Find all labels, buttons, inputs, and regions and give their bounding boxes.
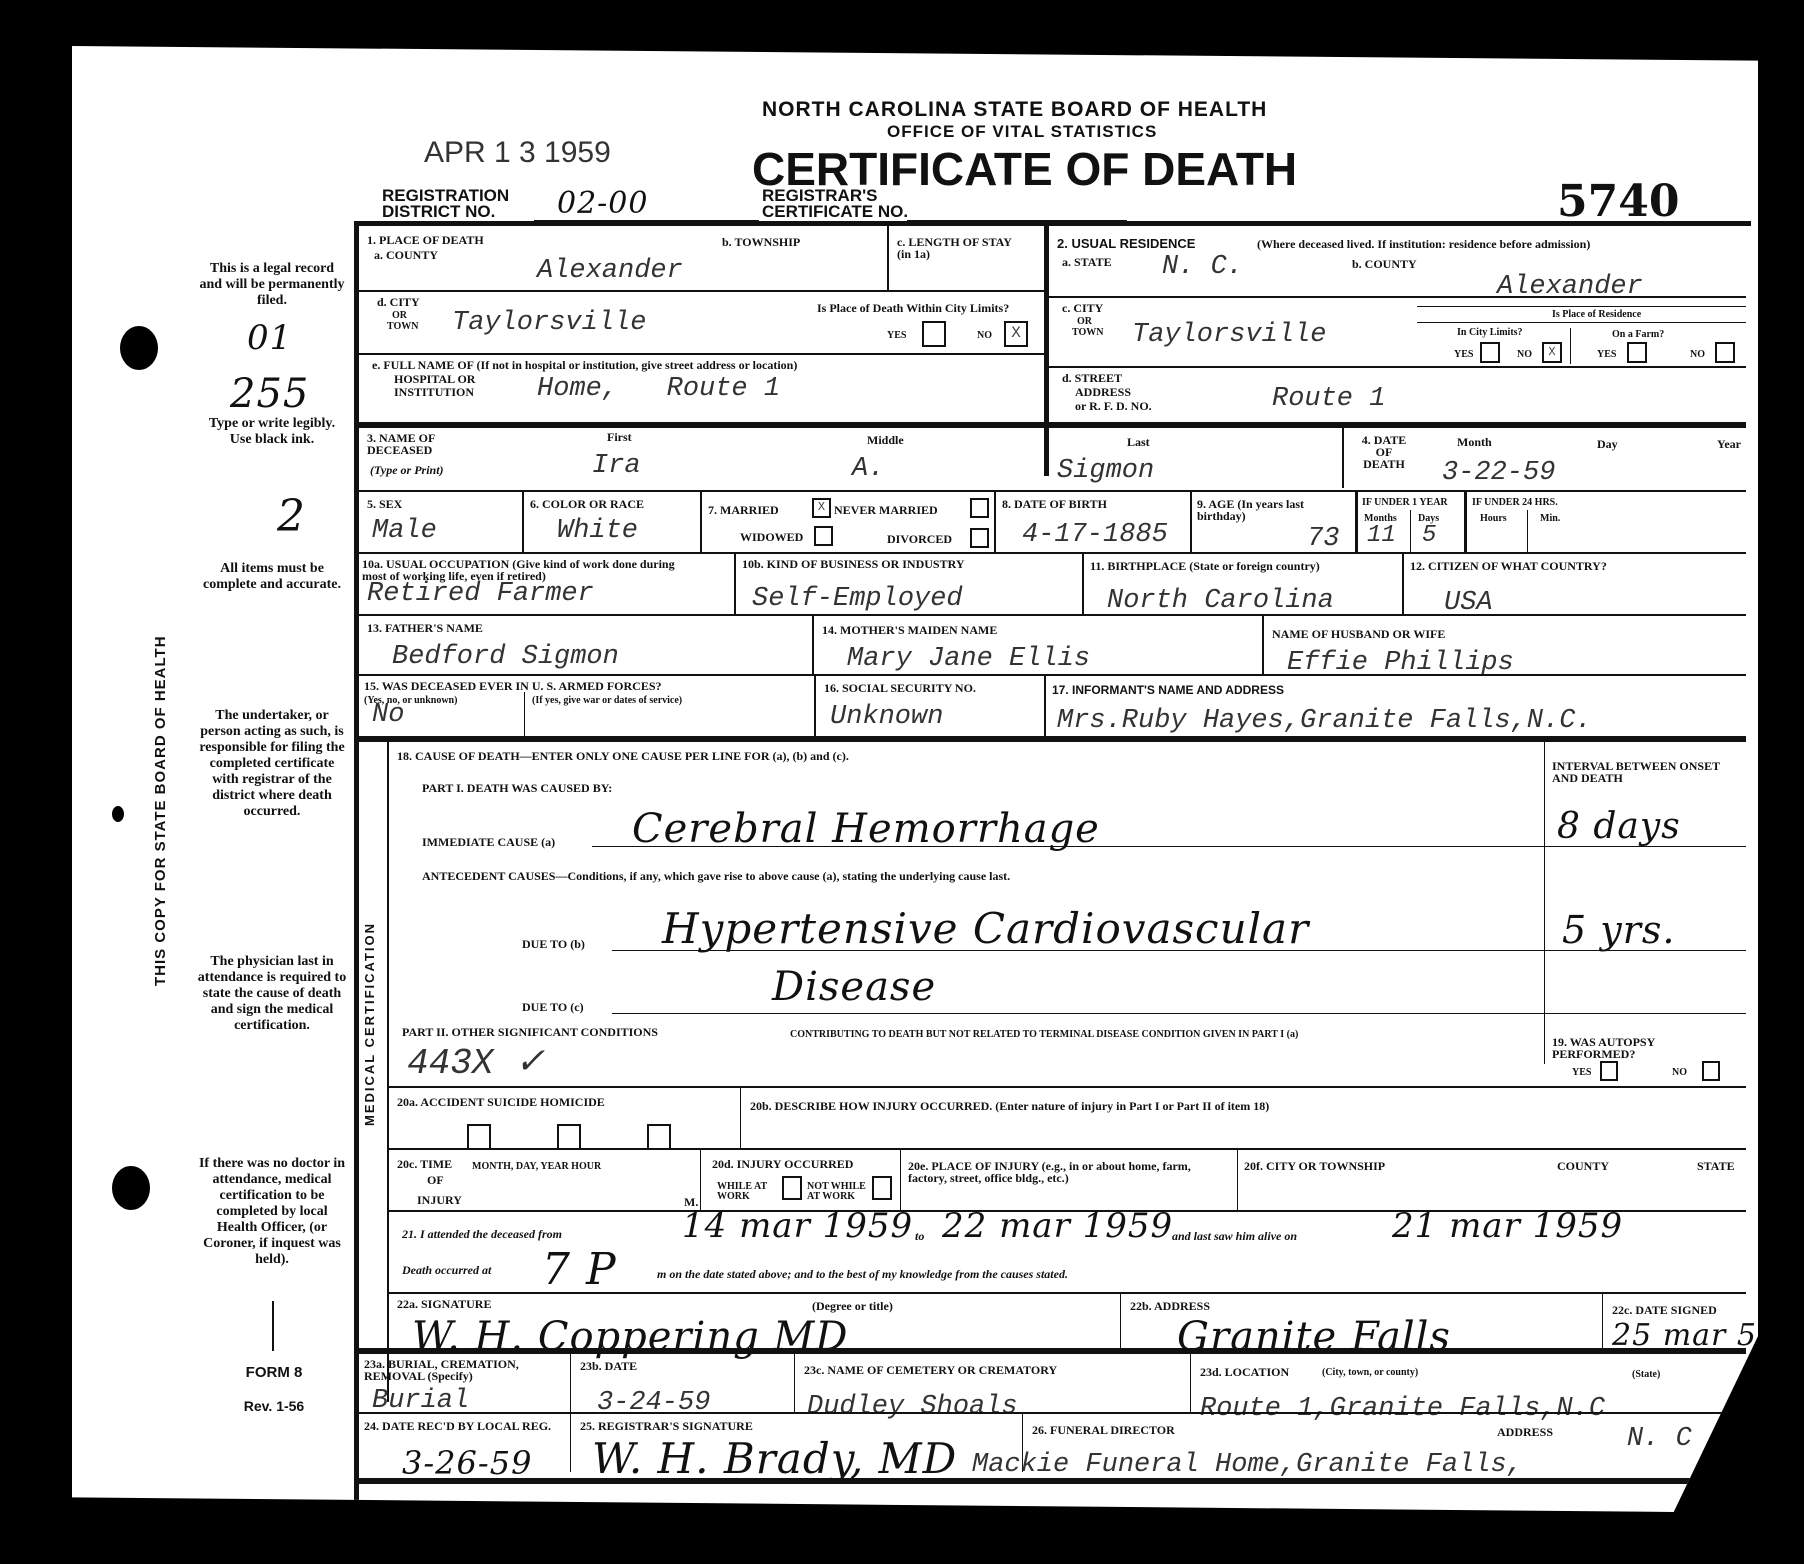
residence-note: (Where deceased lived. If institution: r… bbox=[1257, 238, 1590, 250]
institution-label-2: HOSPITAL OR bbox=[394, 373, 475, 385]
birthplace-value: North Carolina bbox=[1107, 586, 1334, 616]
divider bbox=[522, 492, 524, 552]
row-divider bbox=[359, 552, 1746, 554]
divider bbox=[994, 492, 996, 552]
middle-name-value: A. bbox=[852, 454, 884, 484]
day-label: Day bbox=[1597, 438, 1618, 450]
divider bbox=[1544, 742, 1545, 1064]
death-occurred-suffix: m on the date stated above; and to the b… bbox=[657, 1268, 1068, 1280]
office-name: OFFICE OF VITAL STATISTICS bbox=[887, 122, 1157, 142]
injury-time-cols: MONTH, DAY, YEAR HOUR bbox=[472, 1162, 601, 1172]
age-label: 9. AGE (In years last birthday) bbox=[1197, 498, 1347, 522]
funeral-state-value: N. C bbox=[1627, 1424, 1692, 1454]
divider bbox=[1044, 226, 1049, 476]
suicide-checkbox[interactable] bbox=[557, 1124, 581, 1150]
armed-forces-label: 15. WAS DECEASED EVER IN U. S. ARMED FOR… bbox=[364, 680, 662, 692]
physician-address-label: 22b. ADDRESS bbox=[1130, 1300, 1210, 1312]
ssn-value: Unknown bbox=[830, 702, 943, 732]
within-city-yes-checkbox[interactable] bbox=[922, 321, 946, 347]
margin-arrow-mark bbox=[272, 1301, 274, 1351]
burial-location-label: 23d. LOCATION bbox=[1200, 1366, 1289, 1378]
agency-name: NORTH CAROLINA STATE BOARD OF HEALTH bbox=[762, 98, 1267, 122]
death-occurred-label: Death occurred at bbox=[402, 1264, 491, 1276]
divider bbox=[1402, 554, 1404, 614]
informant-value: Mrs.Ruby Hayes,Granite Falls,N.C. bbox=[1057, 706, 1592, 736]
injury-city-label: 20f. CITY OR TOWNSHIP bbox=[1244, 1160, 1385, 1172]
divider bbox=[740, 1088, 741, 1148]
township-label: b. TOWNSHIP bbox=[722, 236, 800, 248]
not-while-at-work-label: NOT WHILE AT WORK bbox=[807, 1182, 867, 1202]
punch-hole bbox=[112, 1166, 150, 1210]
residence-state-value: N. C. bbox=[1162, 252, 1243, 282]
mother-name-value: Mary Jane Ellis bbox=[847, 644, 1090, 674]
place-of-death-label: 1. PLACE OF DEATH bbox=[367, 234, 484, 246]
margin-handmark-2: 255 bbox=[230, 371, 309, 417]
to-label: to bbox=[915, 1230, 924, 1242]
sex-value: Male bbox=[372, 516, 437, 546]
burial-location-note: (City, town, or county) bbox=[1322, 1368, 1418, 1378]
industry-label: 10b. KIND OF BUSINESS OR INDUSTRY bbox=[742, 558, 965, 570]
residence-county-label: b. COUNTY bbox=[1352, 258, 1417, 270]
bottom-border bbox=[359, 1478, 1746, 1484]
immediate-interval-value: 8 days bbox=[1557, 806, 1681, 847]
degree-label: (Degree or title) bbox=[812, 1300, 893, 1312]
street-label-1: d. STREET bbox=[1062, 372, 1122, 384]
medical-certification-label: MEDICAL CERTIFICATION bbox=[362, 922, 377, 1126]
registration-district-value: 02-00 bbox=[557, 186, 648, 221]
farm-no-checkbox[interactable] bbox=[1715, 342, 1735, 363]
row-divider bbox=[359, 1412, 1746, 1414]
autopsy-yes-label: YES bbox=[1572, 1068, 1591, 1078]
punch-hole bbox=[120, 326, 158, 370]
dob-label: 8. DATE OF BIRTH bbox=[1002, 498, 1107, 510]
residence-city-label-1: c. CITY bbox=[1062, 302, 1103, 314]
interval-label: INTERVAL BETWEEN ONSET AND DEATH bbox=[1552, 760, 1737, 784]
divider bbox=[887, 226, 889, 290]
certificate-number: 5740 bbox=[1557, 176, 1679, 227]
due-to-b-value: Hypertensive Cardiovascular bbox=[662, 904, 1309, 953]
middle-name-label: Middle bbox=[867, 434, 904, 446]
divider bbox=[1570, 328, 1571, 364]
due-to-b-label: DUE TO (b) bbox=[522, 938, 585, 950]
attended-to-value: 22 mar 1959 bbox=[942, 1206, 1173, 1246]
row-divider bbox=[1049, 366, 1746, 368]
registrar-signature-label: 25. REGISTRAR'S SIGNATURE bbox=[580, 1420, 753, 1432]
mother-name-label: 14. MOTHER'S MAIDEN NAME bbox=[822, 624, 997, 636]
divider bbox=[812, 616, 814, 674]
part2-label: PART II. OTHER SIGNIFICANT CONDITIONS bbox=[402, 1026, 658, 1038]
cemetery-label: 23c. NAME OF CEMETERY OR CREMATORY bbox=[804, 1364, 1057, 1376]
first-name-value: Ira bbox=[592, 451, 641, 481]
street-label-3: or R. F. D. NO. bbox=[1075, 400, 1152, 412]
row-divider bbox=[1049, 296, 1746, 298]
divider bbox=[1342, 426, 1344, 488]
year-label: Year bbox=[1717, 438, 1741, 450]
legal-record-note: This is a legal record and will be perma… bbox=[197, 261, 347, 309]
age-value: 73 bbox=[1307, 524, 1339, 554]
place-of-residence-label: Is Place of Residence bbox=[1552, 310, 1641, 320]
divorced-label: DIVORCED bbox=[887, 533, 952, 545]
farm-yes-label: YES bbox=[1597, 350, 1616, 360]
divider bbox=[1417, 306, 1746, 307]
street-label-2: ADDRESS bbox=[1075, 386, 1131, 398]
divider bbox=[1527, 510, 1528, 552]
divider bbox=[1410, 510, 1411, 552]
form-revision: Rev. 1-56 bbox=[224, 1398, 324, 1414]
father-name-value: Bedford Sigmon bbox=[392, 642, 619, 672]
part2-note: CONTRIBUTING TO DEATH BUT NOT RELATED TO… bbox=[790, 1030, 1298, 1040]
city-limits-yes-label: YES bbox=[1454, 350, 1473, 360]
divider bbox=[700, 492, 702, 552]
date-received-value: 3-26-59 bbox=[402, 1444, 532, 1482]
row-divider bbox=[389, 1086, 1746, 1088]
punch-hole-small bbox=[112, 806, 124, 822]
ssn-label: 16. SOCIAL SECURITY NO. bbox=[824, 682, 976, 694]
cause-of-death-label: 18. CAUSE OF DEATH—ENTER ONLY ONE CAUSE … bbox=[397, 750, 849, 762]
interval-a-line bbox=[1544, 846, 1746, 847]
under-1-year-label: IF UNDER 1 YEAR bbox=[1362, 498, 1448, 508]
deceased-name-label: 3. NAME OF DECEASED bbox=[367, 432, 487, 456]
divider bbox=[524, 692, 525, 736]
race-value: White bbox=[557, 516, 638, 546]
burial-method-label: 23a. BURIAL, CREMATION, REMOVAL (Specify… bbox=[364, 1358, 564, 1382]
farm-yes-checkbox[interactable] bbox=[1627, 342, 1647, 363]
row-divider bbox=[359, 353, 1044, 355]
physician-note: The physician last in attendance is requ… bbox=[197, 954, 347, 1034]
interval-b-line bbox=[1544, 950, 1746, 951]
never-married-label: NEVER MARRIED bbox=[834, 504, 938, 516]
institution-label-3: INSTITUTION bbox=[394, 386, 474, 398]
row-divider bbox=[389, 1148, 1746, 1150]
divider bbox=[1190, 492, 1192, 552]
injury-occurred-label: 20d. INJURY OCCURRED bbox=[712, 1158, 853, 1170]
form-number: FORM 8 bbox=[224, 1364, 324, 1381]
burial-date-label: 23b. DATE bbox=[580, 1360, 637, 1372]
industry-value: Self-Employed bbox=[752, 584, 963, 614]
received-stamp: APR 1 3 1959 bbox=[424, 136, 611, 170]
armed-forces-value: No bbox=[372, 700, 404, 730]
divider bbox=[1190, 1354, 1191, 1412]
certificate-page: NORTH CAROLINA STATE BOARD OF HEALTH OFF… bbox=[72, 46, 1758, 1512]
divider bbox=[1120, 1294, 1121, 1348]
autopsy-no-checkbox[interactable] bbox=[1702, 1061, 1720, 1081]
section-divider bbox=[359, 422, 1746, 428]
type-legibly-note: Type or write legibly. Use black ink. bbox=[197, 416, 347, 448]
divider bbox=[734, 554, 736, 614]
death-county-label: a. COUNTY bbox=[374, 249, 438, 261]
sex-label: 5. SEX bbox=[367, 498, 402, 510]
city-limits-yes-checkbox[interactable] bbox=[1480, 342, 1500, 363]
first-name-label: First bbox=[607, 431, 632, 443]
undertaker-note: The undertaker, or person acting as such… bbox=[197, 708, 347, 820]
autopsy-yes-checkbox[interactable] bbox=[1600, 1061, 1618, 1081]
residence-city-value: Taylorsville bbox=[1132, 320, 1326, 350]
row-divider bbox=[359, 490, 1746, 492]
row-divider bbox=[359, 614, 1746, 616]
street-value: Route 1 bbox=[1272, 384, 1385, 414]
months-value: 11 bbox=[1367, 522, 1396, 549]
divider bbox=[1237, 1150, 1238, 1210]
citizen-label: 12. CITIZEN OF WHAT COUNTRY? bbox=[1410, 560, 1607, 572]
injury-type-label: 20a. ACCIDENT SUICIDE HOMICIDE bbox=[397, 1096, 605, 1108]
divorced-checkbox[interactable] bbox=[970, 528, 989, 548]
institution-label: e. FULL NAME OF (If not in hospital or i… bbox=[372, 359, 797, 371]
row-divider bbox=[359, 674, 1746, 676]
attended-label: 21. I attended the deceased from bbox=[402, 1228, 562, 1240]
due-to-b-interval-value: 5 yrs. bbox=[1562, 908, 1675, 952]
burial-location-value: Route 1,Granite Falls,N.C bbox=[1200, 1394, 1605, 1424]
funeral-address-label: ADDRESS bbox=[1497, 1426, 1553, 1438]
margin-handmark-1: 01 bbox=[247, 318, 292, 358]
divider bbox=[1417, 322, 1746, 323]
not-while-at-work-checkbox[interactable] bbox=[872, 1176, 892, 1200]
autopsy-no-label: NO bbox=[1672, 1068, 1687, 1078]
section-divider bbox=[359, 736, 1746, 742]
burial-state-note: (State) bbox=[1632, 1370, 1660, 1380]
margin-handmark-3: 2 bbox=[277, 491, 306, 542]
complete-accurate-note: All items must be complete and accurate. bbox=[197, 561, 347, 593]
death-city-label-2: OR bbox=[392, 311, 407, 321]
while-at-work-checkbox[interactable] bbox=[782, 1176, 802, 1200]
within-city-no-checkbox[interactable]: X bbox=[1004, 321, 1028, 347]
last-name-label: Last bbox=[1127, 436, 1150, 448]
divider bbox=[1355, 492, 1358, 552]
farm-no-label: NO bbox=[1690, 350, 1705, 360]
divider bbox=[900, 1150, 901, 1210]
due-to-b-line2-value: Disease bbox=[772, 964, 936, 1010]
date-of-death-value: 3-22-59 bbox=[1442, 458, 1555, 488]
injury-time-label-3: INJURY bbox=[417, 1194, 462, 1206]
married-label: 7. MARRIED bbox=[708, 504, 779, 516]
divider bbox=[1464, 492, 1467, 552]
deceased-name-note: (Type or Print) bbox=[370, 464, 444, 476]
date-received-label: 24. DATE REC'D BY LOCAL REG. bbox=[364, 1420, 564, 1432]
divider bbox=[1602, 1294, 1603, 1348]
within-city-no-label: NO bbox=[977, 331, 992, 341]
medical-divider bbox=[387, 742, 389, 1402]
injury-place-label: 20e. PLACE OF INJURY (e.g., in or about … bbox=[908, 1160, 1228, 1184]
race-label: 6. COLOR OR RACE bbox=[530, 498, 644, 510]
occupation-value: Retired Farmer bbox=[367, 579, 594, 609]
city-limits-no-checkbox[interactable]: X bbox=[1542, 342, 1562, 363]
no-doctor-note: If there was no doctor in attendance, me… bbox=[197, 1156, 347, 1268]
autopsy-label: 19. WAS AUTOPSY PERFORMED? bbox=[1552, 1036, 1737, 1060]
part2-value: 443X ✓ bbox=[407, 1041, 545, 1084]
armed-forces-note-2: (If yes, give war or dates of service) bbox=[532, 696, 682, 706]
injury-how-label: 20b. DESCRIBE HOW INJURY OCCURRED. (Ente… bbox=[750, 1100, 1269, 1112]
due-to-c-label: DUE TO (c) bbox=[522, 1001, 584, 1013]
on-farm-label: On a Farm? bbox=[1612, 330, 1664, 340]
last-saw-value: 21 mar 1959 bbox=[1392, 1206, 1623, 1246]
section-divider bbox=[359, 1348, 1746, 1354]
injury-time-label-1: 20c. TIME bbox=[397, 1158, 452, 1170]
min-label: Min. bbox=[1540, 514, 1560, 524]
part1-label: PART I. DEATH WAS CAUSED BY: bbox=[422, 782, 612, 794]
widowed-checkbox[interactable] bbox=[814, 526, 833, 546]
injury-county-label: COUNTY bbox=[1557, 1160, 1609, 1172]
death-city-label-3: TOWN bbox=[387, 322, 419, 332]
within-city-limits-label: Is Place of Death Within City Limits? bbox=[817, 302, 1039, 314]
row-divider bbox=[359, 290, 1044, 292]
while-at-work-label: WHILE AT WORK bbox=[717, 1182, 777, 1202]
immediate-cause-label: IMMEDIATE CAUSE (a) bbox=[422, 836, 555, 848]
widowed-label: WIDOWED bbox=[740, 531, 803, 543]
death-time-value: 7 P bbox=[542, 1244, 617, 1295]
divider bbox=[814, 676, 816, 736]
under-24-hrs-label: IF UNDER 24 HRS. bbox=[1472, 498, 1558, 508]
birthplace-label: 11. BIRTHPLACE (State or foreign country… bbox=[1090, 560, 1320, 572]
days-value: 5 bbox=[1422, 522, 1436, 549]
death-city-label-1: d. CITY bbox=[377, 296, 420, 308]
within-city-yes-label: YES bbox=[887, 331, 906, 341]
homicide-checkbox[interactable] bbox=[647, 1124, 671, 1150]
divider bbox=[794, 1354, 795, 1412]
last-name-value: Sigmon bbox=[1057, 456, 1154, 486]
hours-label: Hours bbox=[1480, 514, 1507, 524]
immediate-cause-value: Cerebral Hemorrhage bbox=[632, 806, 1100, 852]
divider bbox=[700, 1150, 701, 1210]
cemetery-value: Dudley Shoals bbox=[807, 1392, 1018, 1422]
informant-label: 17. INFORMANT'S NAME AND ADDRESS bbox=[1052, 684, 1284, 696]
divider bbox=[1044, 676, 1046, 736]
antecedent-label: ANTECEDENT CAUSES—Conditions, if any, wh… bbox=[422, 870, 1010, 882]
divider bbox=[1082, 554, 1084, 614]
injury-state-label: STATE bbox=[1697, 1160, 1735, 1172]
date-signed-label: 22c. DATE SIGNED bbox=[1612, 1304, 1717, 1316]
in-city-limits-label: In City Limits? bbox=[1457, 328, 1523, 338]
cause-c-line bbox=[612, 1013, 1746, 1014]
registrar-signature: W. H. Brady, MD bbox=[592, 1434, 957, 1483]
residence-label: 2. USUAL RESIDENCE bbox=[1057, 236, 1195, 251]
signature-label: 22a. SIGNATURE bbox=[397, 1298, 491, 1310]
city-limits-no-label: NO bbox=[1517, 350, 1532, 360]
row-divider bbox=[389, 1292, 1746, 1294]
registrar-cert-label: REGISTRAR'S CERTIFICATE NO. bbox=[762, 188, 962, 220]
death-county-value: Alexander bbox=[537, 256, 683, 286]
death-city-value: Taylorsville bbox=[452, 308, 646, 338]
attended-from-value: 14 mar 1959 bbox=[682, 1206, 913, 1246]
accident-checkbox[interactable] bbox=[467, 1124, 491, 1150]
injury-time-label-2: OF bbox=[427, 1174, 444, 1186]
residence-city-label-3: TOWN bbox=[1072, 328, 1104, 338]
last-saw-label: and last saw him alive on bbox=[1172, 1230, 1297, 1242]
spouse-name-label: NAME OF HUSBAND OR WIFE bbox=[1272, 628, 1445, 640]
divider bbox=[1262, 616, 1264, 674]
date-of-death-label: 4. DATE OF DEATH bbox=[1354, 434, 1414, 470]
residence-city-label-2: OR bbox=[1077, 317, 1092, 327]
registration-district-label: REGISTRATION DISTRICT NO. bbox=[382, 188, 547, 220]
month-label: Month bbox=[1457, 436, 1492, 448]
dob-value: 4-17-1885 bbox=[1022, 520, 1168, 550]
funeral-director-value: Mackie Funeral Home,Granite Falls, bbox=[972, 1450, 1523, 1480]
married-checkbox[interactable]: X bbox=[812, 498, 831, 518]
vertical-copy-label: THIS COPY FOR STATE BOARD OF HEALTH bbox=[152, 635, 169, 986]
length-of-stay-label: c. LENGTH OF STAY (in 1a) bbox=[897, 236, 1017, 260]
never-married-checkbox[interactable] bbox=[970, 498, 989, 518]
funeral-director-label: 26. FUNERAL DIRECTOR bbox=[1032, 1424, 1175, 1436]
father-name-label: 13. FATHER'S NAME bbox=[367, 622, 483, 634]
institution-value: Home, Route 1 bbox=[537, 374, 780, 404]
residence-state-label: a. STATE bbox=[1062, 256, 1112, 268]
